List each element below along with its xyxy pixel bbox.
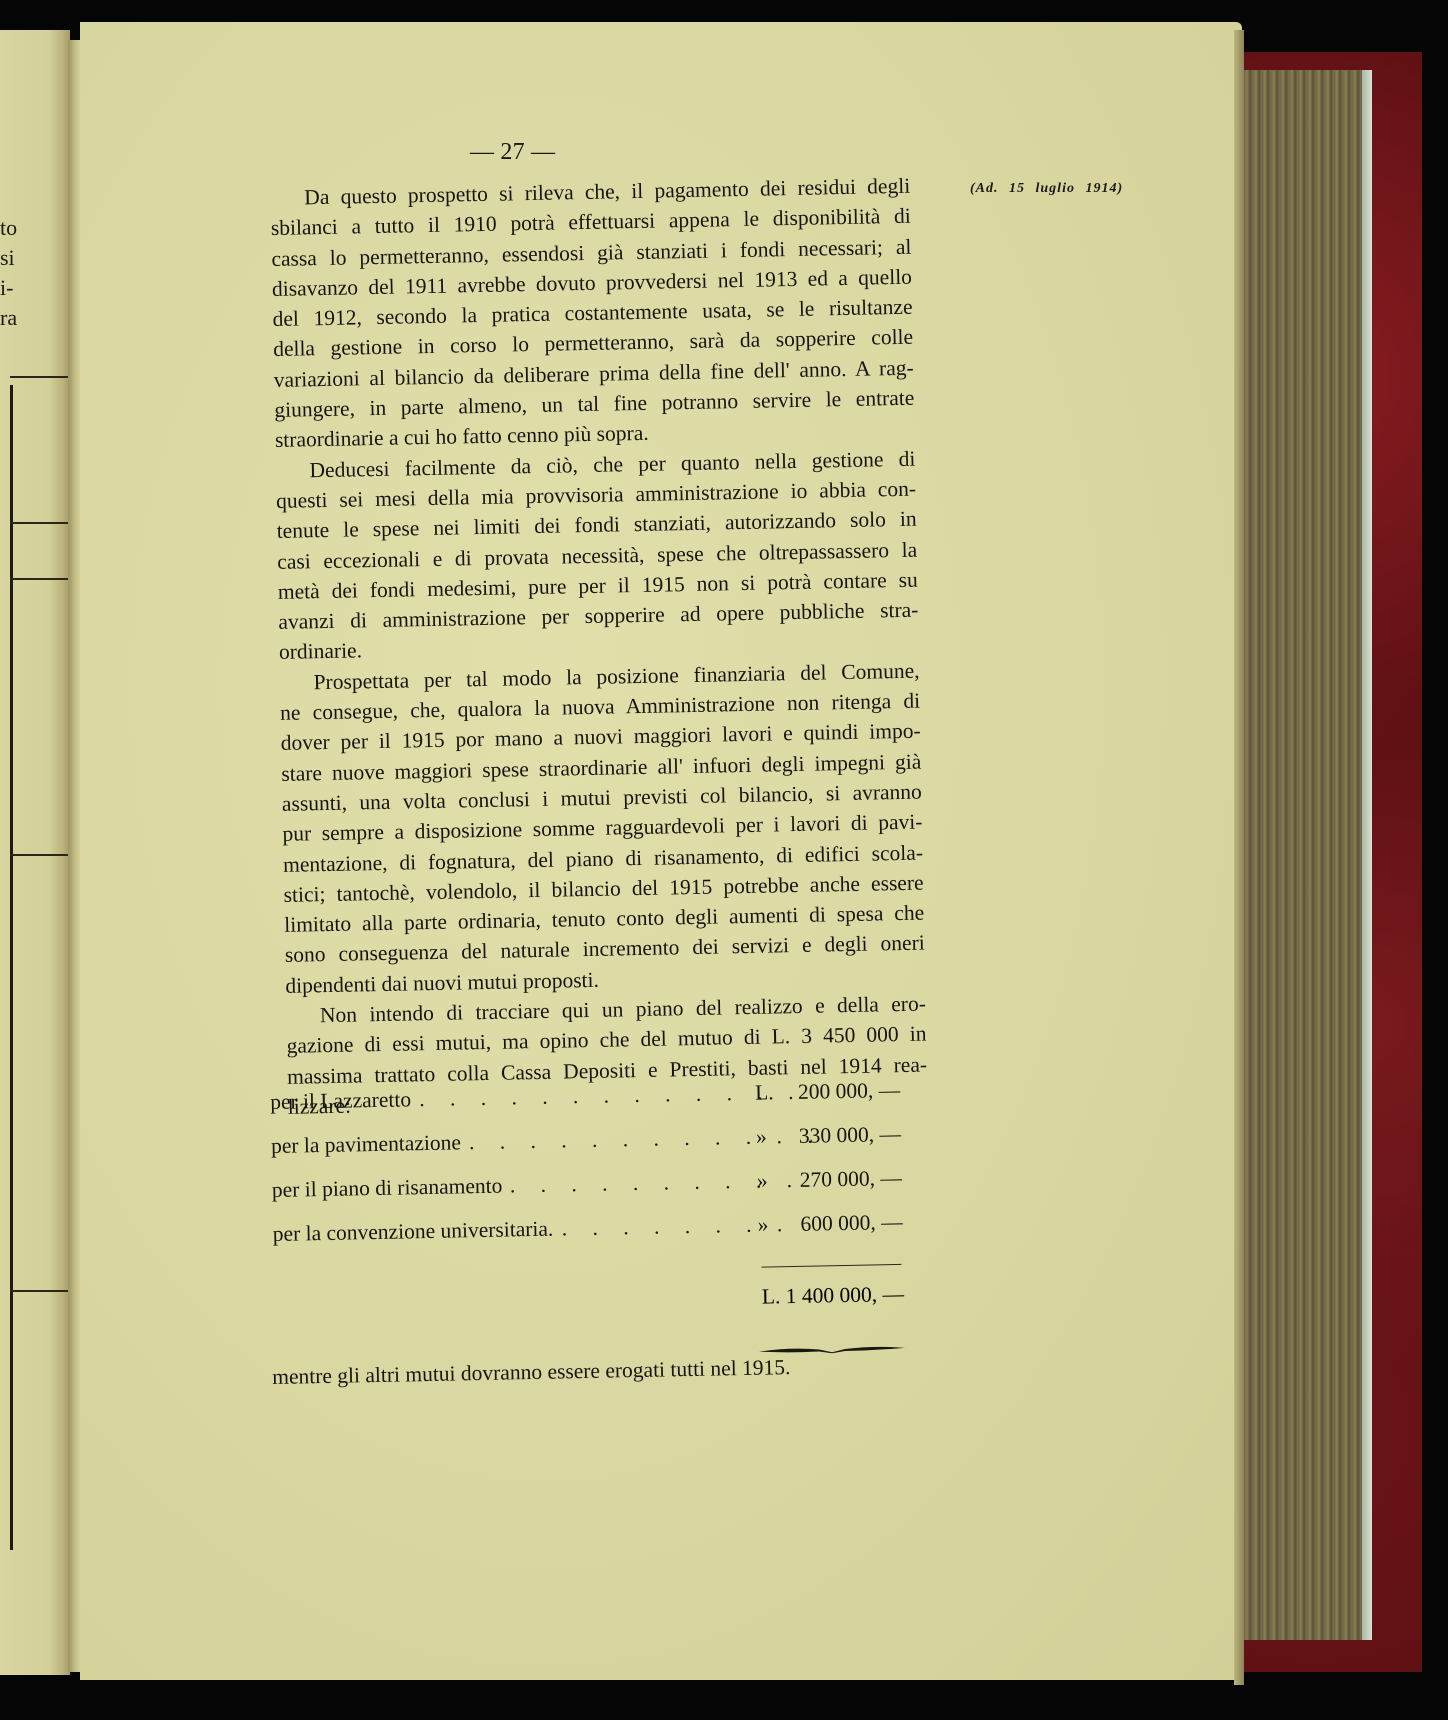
ledger-amount: 270 000, — — [799, 1166, 902, 1193]
currency-mark: L. — [755, 1080, 774, 1105]
left-facing-page: to si i- ra — [0, 30, 70, 1675]
left-page-text-fragment: ra — [0, 305, 17, 331]
table-rule — [10, 854, 70, 856]
ledger-amount: 330 000, — — [799, 1122, 902, 1149]
table-rule — [10, 522, 70, 524]
paragraph: Prospettata per tal modo la posizione fi… — [279, 655, 925, 1000]
loan-allocation-table: per il Lazzaretto. . . . . . . . . . . .… — [270, 1078, 915, 1334]
table-rule — [10, 1290, 70, 1292]
body-text: Da questo prospetto si rileva che, il pa… — [270, 171, 928, 1122]
left-page-text-fragment: i- — [0, 275, 13, 301]
page-edge-shadow — [1234, 30, 1244, 1685]
table-rule — [10, 376, 70, 378]
paragraph: Deducesi facilmente da ciò, che per quan… — [275, 443, 919, 667]
table-border — [10, 385, 13, 1550]
leader-dots: . . . . . . . . . . . . — [469, 1123, 823, 1155]
ledger-label: per la pavimentazione — [271, 1130, 461, 1159]
ledger-label: per il Lazzaretto — [270, 1087, 411, 1115]
paragraph: Da questo prospetto si rileva che, il pa… — [270, 171, 915, 456]
page-number: — 27 — — [470, 138, 555, 168]
currency-mark: » — [756, 1124, 767, 1149]
table-rule — [10, 578, 70, 580]
ledger-total: L. 1 400 000, — — [762, 1282, 905, 1310]
left-page-text-fragment: to — [0, 215, 17, 241]
protective-sleeve-edge — [1362, 70, 1372, 1640]
ledger-label: per la convenzione universitaria. — [273, 1217, 554, 1247]
left-page-text-fragment: si — [0, 245, 15, 271]
book-page-edges — [1244, 70, 1372, 1640]
ledger-amount: 200 000, — — [798, 1078, 901, 1105]
ledger-amount: 600 000, — — [800, 1210, 903, 1237]
margin-date-note: (Ad. 15 luglio 1914) — [970, 181, 1123, 197]
currency-mark: » — [757, 1212, 768, 1237]
currency-mark: » — [757, 1168, 768, 1193]
ledger-label: per il piano di risanamento — [272, 1174, 503, 1203]
